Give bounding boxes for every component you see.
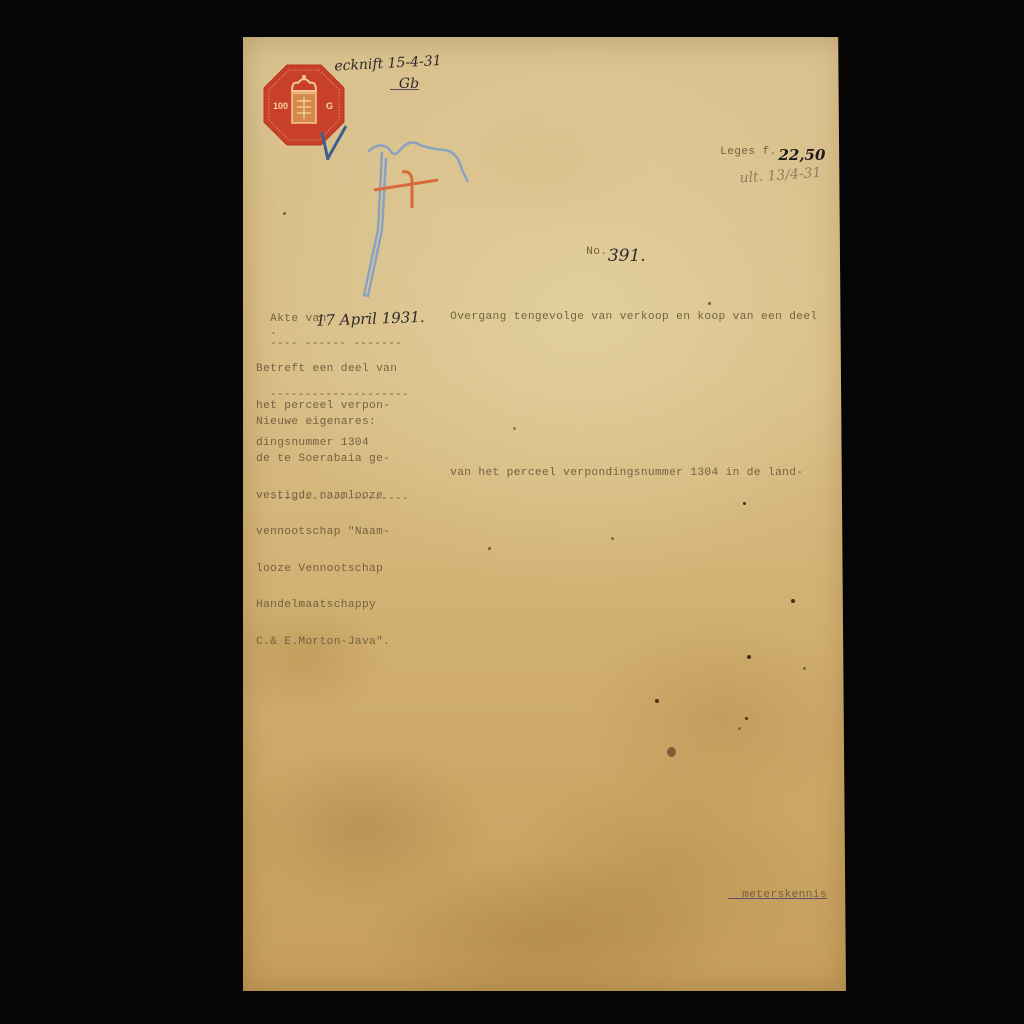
akte-date: 17 April 1931.	[305, 290, 424, 330]
stain-speck	[745, 717, 748, 720]
stain-speck	[667, 747, 676, 757]
eigenares-line: Nieuwe eigenares:	[256, 416, 390, 428]
svg-text:G: G	[326, 101, 333, 111]
eigenares-line: looze Vennootschap	[256, 563, 390, 575]
stain-speck	[488, 547, 491, 550]
eigenares-line: de te Soerabaia ge-	[256, 453, 390, 465]
margin-separator: --------------------	[256, 481, 409, 505]
stain-speck	[747, 655, 751, 659]
eigenares-line: C.& E.Morton-Java".	[256, 636, 390, 648]
pencil-scrawl-icon	[320, 120, 490, 310]
betreft-line: Betreft een deel van	[256, 363, 397, 375]
leges-note: ult. 13/4-31	[729, 149, 822, 187]
stain-speck	[611, 537, 614, 540]
handwritten-annotation: ecknift 15-4-31	[324, 37, 442, 75]
document-number: 391.	[597, 226, 646, 266]
stain-speck	[791, 599, 795, 603]
handwritten-initials: Gb	[390, 60, 419, 92]
stain-speck	[655, 699, 659, 703]
body-line-2: van het perceel verpondingsnummer 1304 i…	[436, 455, 803, 479]
eigenares-line: Handelmaatschappy	[256, 599, 390, 611]
stamp-value: 100	[273, 101, 288, 111]
stain-speck	[803, 667, 806, 670]
stain-speck	[738, 727, 741, 730]
eigenares-line: vennootschap "Naam-	[256, 526, 390, 538]
stain-speck	[513, 427, 516, 430]
stain-speck	[283, 212, 286, 215]
body-line-1: Overgang tengevolge van verkoop en koop …	[436, 299, 817, 323]
footer-signature: meterskennis	[728, 877, 827, 901]
stain-speck	[743, 502, 746, 505]
eigenares-block: Nieuwe eigenares: de te Soerabaia ge- ve…	[256, 392, 390, 660]
